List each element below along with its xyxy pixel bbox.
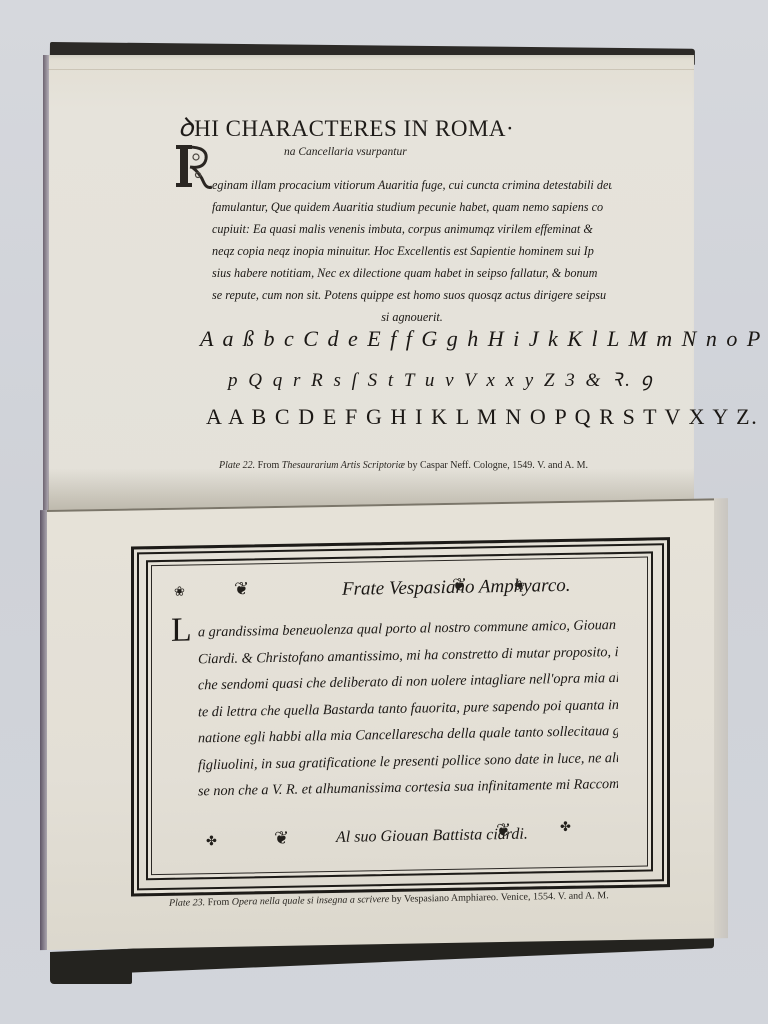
bottom-page: ❀ ❦ Frate Vespasiano Amphyarco. ❦ ❀ L a … (46, 498, 714, 950)
book-cover-corner (50, 968, 132, 984)
rosette-ornament-icon: ❀ (514, 580, 525, 593)
caption-source: by Vespasiano Amphiareo. Venice, 1554. V… (392, 890, 609, 905)
plate22-caption: Plate 22. From Thesaurarium Artis Script… (219, 460, 588, 471)
caption-source: by Caspar Neff. Cologne, 1549. V. and A.… (407, 460, 588, 471)
flourish-ornament-icon: ❦ (452, 577, 467, 595)
title-flourish: ꝺ (178, 113, 194, 142)
page-stack-edge (714, 498, 728, 938)
text-line: eginam illam procacium vitiorum Auaritia… (212, 174, 612, 196)
alphabet-row-mixed: A a ß b c C d e E f f G g h H i J k K l … (200, 326, 762, 352)
caption-work-title: Opera nella quale si insegna a scrivere (232, 894, 389, 908)
plate23-dropcap: L (171, 611, 192, 649)
caption-plate-number: Plate 23. (169, 897, 205, 909)
rosette-ornament-icon: ❀ (174, 586, 185, 599)
alphabet-row-lowercase: p Q q r R s ſ S t T u v V x x y Z 3 & Ꝛ.… (228, 366, 655, 392)
plate22-subtitle: na Cancellaria vsurpantur (284, 146, 407, 158)
trefoil-ornament-icon: ✤ (560, 821, 571, 834)
text-line: famulantur, Que quidem Auaritia studium … (212, 196, 612, 218)
caption-from: From (258, 460, 280, 471)
plate23-body-text: a grandissima beneuolenza qual porto al … (198, 612, 618, 805)
caption-plate-number: Plate 22. (219, 460, 255, 471)
text-line: si agnouerit. (212, 306, 612, 328)
text-line: neqz copia neqz inopia minuitur. Hoc Exc… (212, 240, 612, 262)
ornate-dropcap-r-icon (174, 143, 212, 191)
title-text: HI CHARACTERES IN ROMA· (194, 116, 514, 141)
plate22-body-text: eginam illam procacium vitiorum Auaritia… (212, 174, 612, 328)
page-shadow (40, 510, 47, 950)
trefoil-ornament-icon: ✤ (206, 835, 217, 848)
plate-23: ❀ ❦ Frate Vespasiano Amphyarco. ❦ ❀ L a … (146, 551, 649, 876)
text-line: sius habere notitiam, Nec ex dilectione … (212, 262, 612, 284)
text-line: cupiuit: Ea quasi malis venenis imbuta, … (212, 218, 612, 240)
caption-work-title: Thesaurarium Artis Scriptoriæ (282, 460, 405, 471)
caption-from: From (208, 897, 230, 908)
text-line: se repute, cum non sit. Potens quippe es… (212, 284, 612, 306)
flourish-ornament-icon: ❦ (496, 822, 511, 840)
alphabet-row-capitals: A A B C D E F G H I K L M N O P Q R S T … (206, 404, 758, 430)
plate22-title: ꝺHI CHARACTERES IN ROMA· (178, 108, 514, 144)
flourish-ornament-icon: ❦ (234, 580, 249, 598)
flourish-ornament-icon: ❦ (274, 830, 289, 848)
open-book-photo: ꝺHI CHARACTERES IN ROMA· na Cancellaria … (0, 0, 768, 1024)
